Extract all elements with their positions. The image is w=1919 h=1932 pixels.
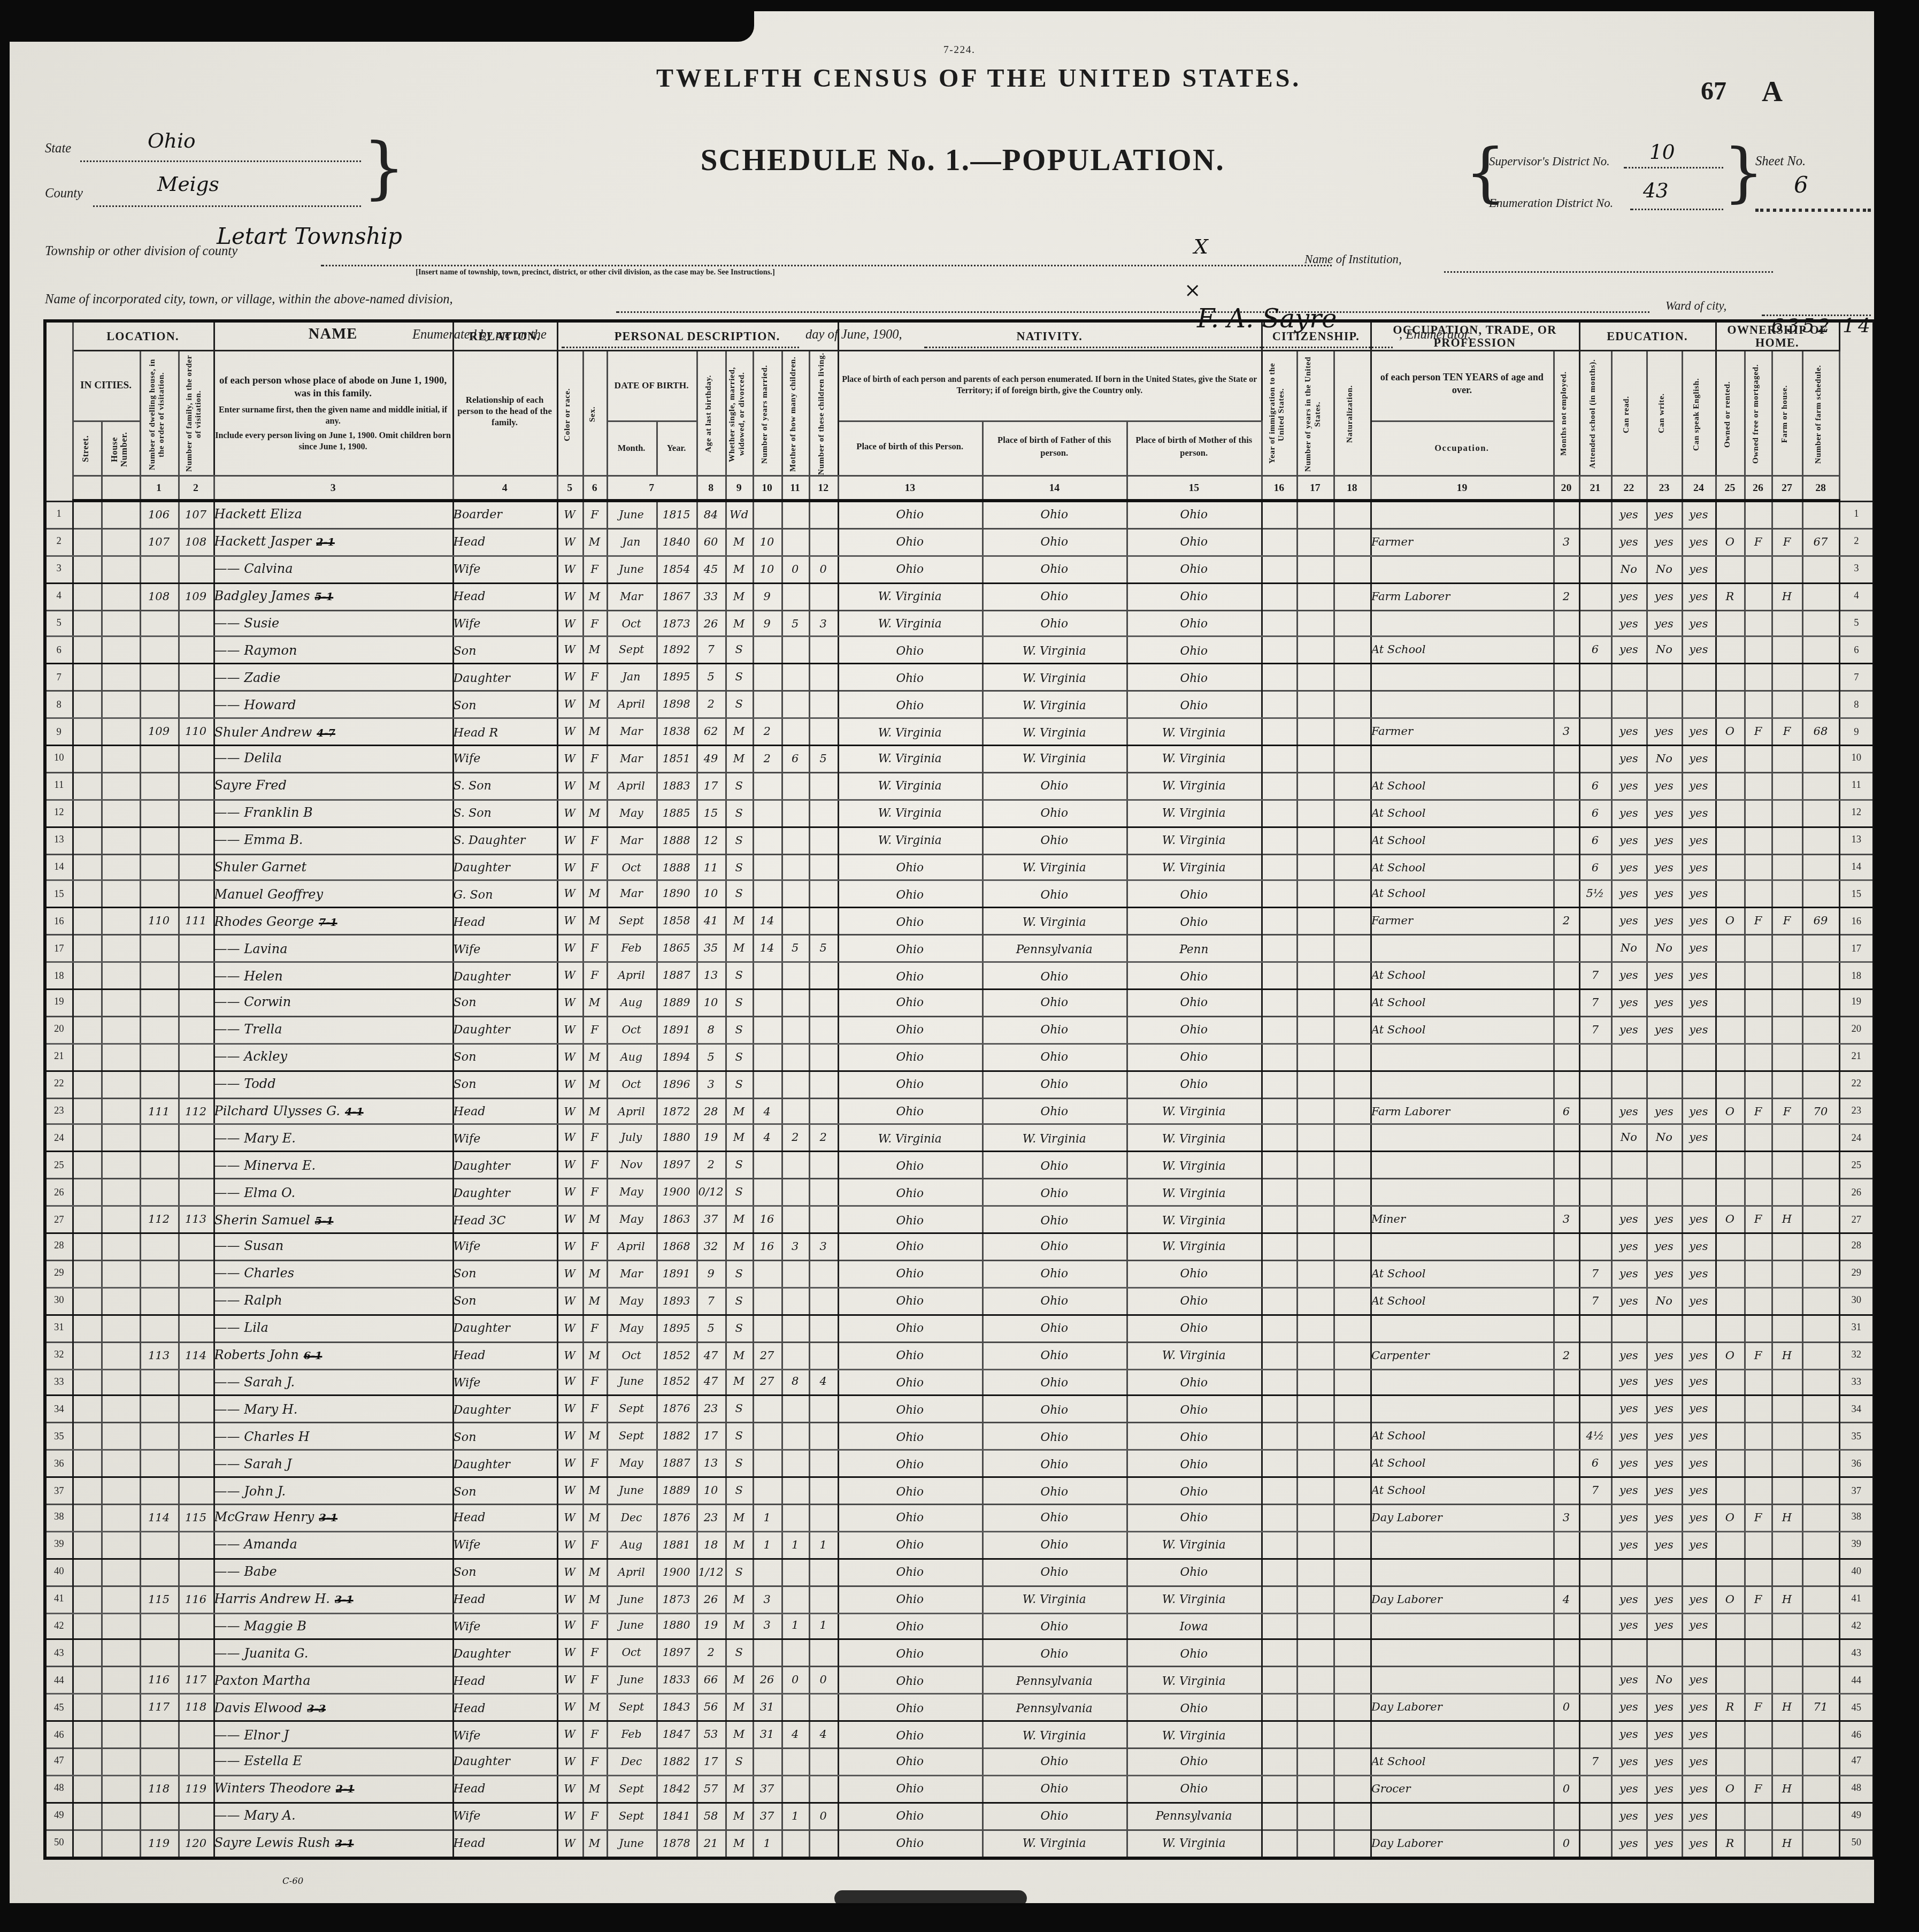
cell-fs bbox=[1802, 556, 1839, 583]
table-row: 32113114Roberts John6-1HeadWMOct185247M2… bbox=[45, 1341, 1875, 1369]
cell-col: W bbox=[557, 1206, 582, 1233]
cell-nt bbox=[1333, 1504, 1370, 1531]
cell-ym: 31 bbox=[753, 1721, 781, 1749]
person-name: Winters Theodore bbox=[214, 1782, 331, 1796]
cell-mo: Sept bbox=[607, 1423, 656, 1450]
cell-st bbox=[72, 1016, 101, 1044]
col-occupation: Occupation. bbox=[1370, 421, 1553, 476]
cell-wr: yes bbox=[1646, 827, 1682, 854]
table-row: 8—— HowardSonWMApril18982SOhioW. Virgini… bbox=[45, 691, 1875, 718]
cell-age: 21 bbox=[696, 1829, 725, 1857]
table-row: 20—— TrellaDaughterWFOct18918SOhioOhioOh… bbox=[45, 1016, 1875, 1044]
cell-sex: F bbox=[582, 664, 607, 692]
cell-hs bbox=[101, 1694, 140, 1721]
cell-en: yes bbox=[1682, 1613, 1715, 1640]
cell-rel: Daughter bbox=[452, 854, 557, 881]
cell-col: W bbox=[557, 1315, 582, 1342]
cell-im bbox=[1261, 1504, 1296, 1531]
census-table: LOCATION. NAME RELATION. PERSONAL DESCRI… bbox=[43, 319, 1876, 1859]
cell-mc bbox=[781, 1152, 809, 1179]
cell-wr: yes bbox=[1646, 1477, 1682, 1505]
institution-value: X bbox=[1194, 234, 1208, 258]
cell-rel: Head bbox=[452, 583, 557, 610]
cell-fm: F bbox=[1744, 1504, 1771, 1531]
row-number-left: 9 bbox=[45, 718, 72, 746]
cell-pb: Ohio bbox=[838, 1803, 982, 1830]
col-family-number: Number of family, in the order of visita… bbox=[178, 351, 213, 476]
cell-wr: yes bbox=[1646, 610, 1682, 637]
cell-st bbox=[72, 1667, 101, 1694]
cell-pb: Ohio bbox=[838, 1694, 982, 1721]
cell-col: W bbox=[557, 990, 582, 1017]
column-number: 28 bbox=[1802, 476, 1839, 501]
table-row: 7—— ZadieDaughterWFJan18955SOhioW. Virgi… bbox=[45, 664, 1875, 692]
row-number-left: 5 bbox=[45, 610, 72, 637]
cell-yu bbox=[1296, 962, 1333, 990]
cell-nt bbox=[1333, 881, 1370, 908]
cell-pf: W. Virginia bbox=[982, 1125, 1126, 1152]
cell-dw bbox=[140, 772, 178, 800]
cell-own bbox=[1715, 881, 1744, 908]
cell-rel: Wife bbox=[452, 1531, 557, 1559]
cell-mc bbox=[781, 1071, 809, 1098]
cell-sch bbox=[1579, 556, 1611, 583]
person-name: —— Minerva E. bbox=[214, 1158, 316, 1172]
cell-sch bbox=[1579, 1640, 1611, 1667]
cell-hs bbox=[101, 1044, 140, 1071]
cell-age: 10 bbox=[696, 881, 725, 908]
cell-age: 0/12 bbox=[696, 1179, 725, 1206]
cell-fam bbox=[178, 691, 213, 718]
cell-yu bbox=[1296, 1098, 1333, 1125]
cell-pf: Pennsylvania bbox=[982, 935, 1126, 962]
cell-pm: W. Virginia bbox=[1126, 1206, 1261, 1233]
cell-sex: F bbox=[582, 746, 607, 773]
cell-yu bbox=[1296, 1315, 1333, 1342]
cell-yr: 1876 bbox=[656, 1504, 696, 1531]
cell-sch: 4½ bbox=[1579, 1423, 1611, 1450]
cell-mar: M bbox=[725, 1667, 753, 1694]
cell-mc bbox=[781, 908, 809, 936]
cell-rd: yes bbox=[1611, 990, 1646, 1017]
cell-cl: 5 bbox=[809, 935, 838, 962]
cell-ym: 37 bbox=[753, 1803, 781, 1830]
cell-pf: Ohio bbox=[982, 610, 1126, 637]
cell-mc bbox=[781, 990, 809, 1017]
cell-fm bbox=[1744, 1423, 1771, 1450]
cell-fam bbox=[178, 1233, 213, 1261]
cell-rel: Daughter bbox=[452, 1152, 557, 1179]
table-row: 33—— Sarah J.WifeWFJune185247M2784OhioOh… bbox=[45, 1369, 1875, 1396]
cell-mu bbox=[1553, 1260, 1579, 1287]
cell-mu bbox=[1553, 1071, 1579, 1098]
cell-rel: Head bbox=[452, 1585, 557, 1613]
cell-age: 23 bbox=[696, 1504, 725, 1531]
cell-age: 2 bbox=[696, 1640, 725, 1667]
cell-own bbox=[1715, 556, 1744, 583]
cell-st bbox=[72, 1233, 101, 1261]
cell-age: 15 bbox=[696, 800, 725, 827]
cell-nt bbox=[1333, 610, 1370, 637]
page-number: 67 bbox=[1701, 79, 1726, 108]
cell-name: —— Todd bbox=[213, 1071, 452, 1098]
column-number: 15 bbox=[1126, 476, 1261, 501]
cell-mu: 4 bbox=[1553, 1585, 1579, 1613]
cell-fm bbox=[1744, 1369, 1771, 1396]
cell-mo: Jan bbox=[607, 528, 656, 556]
col-dwelling-number: Number of dwelling house, in the order o… bbox=[140, 351, 178, 476]
cell-name: —— Elnor J bbox=[213, 1721, 452, 1749]
cell-mc bbox=[781, 1640, 809, 1667]
row-number-left: 35 bbox=[45, 1423, 72, 1450]
cell-mc bbox=[781, 1423, 809, 1450]
cell-age: 66 bbox=[696, 1667, 725, 1694]
cell-st bbox=[72, 637, 101, 664]
cell-st bbox=[72, 1613, 101, 1640]
cell-hs bbox=[101, 800, 140, 827]
cell-wr: yes bbox=[1646, 1748, 1682, 1775]
cell-mu: 2 bbox=[1553, 1341, 1579, 1369]
cell-age: 35 bbox=[696, 935, 725, 962]
cell-occ bbox=[1370, 1721, 1553, 1749]
cell-mo: May bbox=[607, 1206, 656, 1233]
cell-fm bbox=[1744, 556, 1771, 583]
supervisor-label: Supervisor's District No. bbox=[1489, 154, 1610, 168]
cell-name: —— Maggie B bbox=[213, 1613, 452, 1640]
column-number: 20 bbox=[1553, 476, 1579, 501]
cell-nt bbox=[1333, 746, 1370, 773]
cell-own bbox=[1715, 772, 1744, 800]
cell-occ bbox=[1370, 1179, 1553, 1206]
name-desc-1: of each person whose place of abode on J… bbox=[218, 375, 449, 401]
cell-pb: W. Virginia bbox=[838, 827, 982, 854]
cell-name: —— Minerva E. bbox=[213, 1152, 452, 1179]
cell-im bbox=[1261, 990, 1296, 1017]
cell-mc: 3 bbox=[781, 1233, 809, 1261]
cell-fs: 71 bbox=[1802, 1694, 1839, 1721]
cell-pm: W. Virginia bbox=[1126, 827, 1261, 854]
cell-im bbox=[1261, 1098, 1296, 1125]
cell-mu bbox=[1553, 1152, 1579, 1179]
cell-fh bbox=[1771, 1287, 1802, 1315]
cell-name: Badgley James5-1 bbox=[213, 583, 452, 610]
cell-rel: Son bbox=[452, 1260, 557, 1287]
cell-occ: At School bbox=[1370, 637, 1553, 664]
cell-nt bbox=[1333, 664, 1370, 692]
row-number-right: 20 bbox=[1839, 1016, 1875, 1044]
row-number-left: 32 bbox=[45, 1341, 72, 1369]
cell-fs: 69 bbox=[1802, 908, 1839, 936]
cell-ym bbox=[753, 990, 781, 1017]
cell-yr: 1843 bbox=[656, 1694, 696, 1721]
cell-col: W bbox=[557, 1504, 582, 1531]
cell-mc: 1 bbox=[781, 1803, 809, 1830]
row-number-left: 27 bbox=[45, 1206, 72, 1233]
cell-hs bbox=[101, 1206, 140, 1233]
cell-mo: July bbox=[607, 1125, 656, 1152]
cell-fm: F bbox=[1744, 1694, 1771, 1721]
cell-im bbox=[1261, 1206, 1296, 1233]
cell-yr: 1852 bbox=[656, 1369, 696, 1396]
cell-mo: Sept bbox=[607, 908, 656, 936]
cell-hs bbox=[101, 1287, 140, 1315]
group-occupation: OCCUPATION, TRADE, OR PROFESSION bbox=[1370, 321, 1579, 351]
cell-cl bbox=[809, 1016, 838, 1044]
cell-yr: 1880 bbox=[656, 1613, 696, 1640]
cell-sch bbox=[1579, 935, 1611, 962]
cell-en: yes bbox=[1682, 583, 1715, 610]
cell-mar: S bbox=[725, 1071, 753, 1098]
cell-en: yes bbox=[1682, 1206, 1715, 1233]
row-number-right: 8 bbox=[1839, 691, 1875, 718]
cell-rd: yes bbox=[1611, 1721, 1646, 1749]
cell-rel: Wife bbox=[452, 1125, 557, 1152]
cell-pb: Ohio bbox=[838, 854, 982, 881]
cell-mo: April bbox=[607, 1233, 656, 1261]
row-number-left: 23 bbox=[45, 1098, 72, 1125]
row-number-right: 16 bbox=[1839, 908, 1875, 936]
cell-rel: Wife bbox=[452, 556, 557, 583]
row-number-left: 44 bbox=[45, 1667, 72, 1694]
cell-rd: yes bbox=[1611, 501, 1646, 528]
cell-cl bbox=[809, 990, 838, 1017]
cell-im bbox=[1261, 1640, 1296, 1667]
cell-mc bbox=[781, 1694, 809, 1721]
cell-wr: yes bbox=[1646, 501, 1682, 528]
cell-nt bbox=[1333, 1721, 1370, 1749]
cell-col: W bbox=[557, 1775, 582, 1803]
cell-mar: M bbox=[725, 908, 753, 936]
cell-st bbox=[72, 1450, 101, 1477]
cell-mc bbox=[781, 1396, 809, 1423]
cell-yr: 1889 bbox=[656, 1477, 696, 1505]
cell-own bbox=[1715, 827, 1744, 854]
cell-sex: M bbox=[582, 800, 607, 827]
cell-dw bbox=[140, 1477, 178, 1505]
cell-en: yes bbox=[1682, 854, 1715, 881]
cell-st bbox=[72, 1585, 101, 1613]
cell-own: O bbox=[1715, 1341, 1744, 1369]
cell-pm: Ohio bbox=[1126, 1396, 1261, 1423]
column-number: 5 bbox=[557, 476, 582, 501]
cell-occ bbox=[1370, 1531, 1553, 1559]
cell-pm: W. Virginia bbox=[1126, 1829, 1261, 1857]
cell-fs bbox=[1802, 1369, 1839, 1396]
cell-en: yes bbox=[1682, 1396, 1715, 1423]
cell-en: yes bbox=[1682, 990, 1715, 1017]
cell-ym bbox=[753, 501, 781, 528]
cell-pb: Ohio bbox=[838, 1179, 982, 1206]
cell-pf: Ohio bbox=[982, 990, 1126, 1017]
cell-name: —— Charles H bbox=[213, 1423, 452, 1450]
cell-rd: yes bbox=[1611, 718, 1646, 746]
scan-edge-right bbox=[1874, 0, 1919, 1932]
cell-own bbox=[1715, 1423, 1744, 1450]
cell-fs bbox=[1802, 1260, 1839, 1287]
row-number-left: 28 bbox=[45, 1233, 72, 1261]
cell-age: 57 bbox=[696, 1775, 725, 1803]
cell-cl bbox=[809, 1260, 838, 1287]
cell-own bbox=[1715, 1152, 1744, 1179]
cell-fm bbox=[1744, 637, 1771, 664]
cell-nt bbox=[1333, 1016, 1370, 1044]
cell-mar: S bbox=[725, 962, 753, 990]
cell-name: —— Elma O. bbox=[213, 1179, 452, 1206]
cell-occ bbox=[1370, 1315, 1553, 1342]
cell-pf: Ohio bbox=[982, 1315, 1126, 1342]
cell-mar: S bbox=[725, 990, 753, 1017]
cell-pm: Ohio bbox=[1126, 1477, 1261, 1505]
cell-im bbox=[1261, 610, 1296, 637]
cell-fm: F bbox=[1744, 718, 1771, 746]
cell-fs: 67 bbox=[1802, 528, 1839, 556]
cell-cl: 0 bbox=[809, 1803, 838, 1830]
cell-pf: Ohio bbox=[982, 827, 1126, 854]
cell-yr: 1873 bbox=[656, 1585, 696, 1613]
cell-cl bbox=[809, 1477, 838, 1505]
cell-hs bbox=[101, 610, 140, 637]
cell-mar: M bbox=[725, 528, 753, 556]
table-row: 5—— SusieWifeWFOct187326M953W. VirginiaO… bbox=[45, 610, 1875, 637]
cell-mo: April bbox=[607, 691, 656, 718]
cell-pb: Ohio bbox=[838, 501, 982, 528]
cell-dw bbox=[140, 556, 178, 583]
cell-mu bbox=[1553, 1125, 1579, 1152]
cell-fs bbox=[1802, 1748, 1839, 1775]
row-number-left: 8 bbox=[45, 691, 72, 718]
cell-yu bbox=[1296, 1044, 1333, 1071]
cell-mo: Oct bbox=[607, 1071, 656, 1098]
cell-im bbox=[1261, 1775, 1296, 1803]
cell-fs bbox=[1802, 1775, 1839, 1803]
cell-name: —— Estella E bbox=[213, 1748, 452, 1775]
cell-own: R bbox=[1715, 1694, 1744, 1721]
census-table-body: 1106107Hackett ElizaBoarderWFJune181584W… bbox=[45, 501, 1875, 1858]
cell-fh: F bbox=[1771, 1098, 1802, 1125]
cell-sex: F bbox=[582, 1748, 607, 1775]
table-row: 4108109Badgley James5-1HeadWMMar186733M9… bbox=[45, 583, 1875, 610]
row-number-right: 34 bbox=[1839, 1396, 1875, 1423]
cell-wr bbox=[1646, 1152, 1682, 1179]
cell-st bbox=[72, 1098, 101, 1125]
cell-wr: No bbox=[1646, 637, 1682, 664]
cell-dw bbox=[140, 1450, 178, 1477]
cell-hs bbox=[101, 637, 140, 664]
cell-name: Sayre Fred bbox=[213, 772, 452, 800]
cell-mc bbox=[781, 1450, 809, 1477]
cell-mc bbox=[781, 664, 809, 692]
cell-fm bbox=[1744, 1396, 1771, 1423]
cell-rd: yes bbox=[1611, 1613, 1646, 1640]
cell-pb: Ohio bbox=[838, 1585, 982, 1613]
column-number: 16 bbox=[1261, 476, 1296, 501]
cell-mo: Sept bbox=[607, 1396, 656, 1423]
cell-pf: W. Virginia bbox=[982, 1585, 1126, 1613]
cell-pm: W. Virginia bbox=[1126, 1152, 1261, 1179]
cell-dw bbox=[140, 1260, 178, 1287]
cell-rd: yes bbox=[1611, 854, 1646, 881]
cell-yr: 1892 bbox=[656, 637, 696, 664]
cell-fm: F bbox=[1744, 1775, 1771, 1803]
cell-ym bbox=[753, 1260, 781, 1287]
clerk-annotation: 3-1 bbox=[335, 1593, 354, 1606]
cell-fam bbox=[178, 1613, 213, 1640]
cell-pf: W. Virginia bbox=[982, 664, 1126, 692]
cell-fm bbox=[1744, 990, 1771, 1017]
cell-age: 49 bbox=[696, 746, 725, 773]
cell-pm: Ohio bbox=[1126, 1504, 1261, 1531]
cell-nt bbox=[1333, 501, 1370, 528]
cell-age: 10 bbox=[696, 990, 725, 1017]
cell-yr: 1893 bbox=[656, 1287, 696, 1315]
cell-sex: M bbox=[582, 1423, 607, 1450]
cell-hs bbox=[101, 1152, 140, 1179]
table-row: 29—— CharlesSonWMMar18919SOhioOhioOhioAt… bbox=[45, 1260, 1875, 1287]
cell-yr: 1833 bbox=[656, 1667, 696, 1694]
row-number-left: 6 bbox=[45, 637, 72, 664]
cell-st bbox=[72, 908, 101, 936]
row-number-left: 19 bbox=[45, 990, 72, 1017]
row-number-right: 1 bbox=[1839, 501, 1875, 528]
table-row: 26—— Elma O.DaughterWFMay19000/12SOhioOh… bbox=[45, 1179, 1875, 1206]
cell-yr: 1895 bbox=[656, 1315, 696, 1342]
cell-yr: 1840 bbox=[656, 528, 696, 556]
cell-mo: May bbox=[607, 1315, 656, 1342]
cell-im bbox=[1261, 1748, 1296, 1775]
cell-fam bbox=[178, 1559, 213, 1586]
person-name: —— Mary H. bbox=[214, 1402, 298, 1416]
row-number-right: 42 bbox=[1839, 1613, 1875, 1640]
cell-rel: Son bbox=[452, 990, 557, 1017]
cell-col: W bbox=[557, 908, 582, 936]
cell-pb: Ohio bbox=[838, 1315, 982, 1342]
cell-nt bbox=[1333, 772, 1370, 800]
cell-mar: S bbox=[725, 1260, 753, 1287]
cell-own: O bbox=[1715, 1775, 1744, 1803]
row-number-left: 24 bbox=[45, 1125, 72, 1152]
cell-sex: F bbox=[582, 1721, 607, 1749]
col-owned-rented: Owned or rented. bbox=[1715, 351, 1744, 476]
cell-col: W bbox=[557, 1640, 582, 1667]
column-number: 22 bbox=[1611, 476, 1646, 501]
cell-im bbox=[1261, 1829, 1296, 1857]
cell-mu bbox=[1553, 637, 1579, 664]
cell-rd bbox=[1611, 664, 1646, 692]
cell-im bbox=[1261, 637, 1296, 664]
cell-own bbox=[1715, 1748, 1744, 1775]
cell-dw bbox=[140, 935, 178, 962]
cell-im bbox=[1261, 746, 1296, 773]
cell-yr: 1867 bbox=[656, 583, 696, 610]
cell-col: W bbox=[557, 1803, 582, 1830]
cell-pf: Ohio bbox=[982, 1775, 1126, 1803]
person-name: —— Zadie bbox=[214, 670, 281, 685]
group-ownership: OWNERSHIP OF HOME. bbox=[1715, 321, 1839, 351]
cell-fh bbox=[1771, 637, 1802, 664]
col-birth-month: Month. bbox=[607, 421, 656, 476]
table-row: 3—— CalvinaWifeWFJune185445M1000OhioOhio… bbox=[45, 556, 1875, 583]
col-date-of-birth: DATE OF BIRTH. bbox=[607, 351, 696, 421]
cell-en: yes bbox=[1682, 1233, 1715, 1261]
cell-cl bbox=[809, 528, 838, 556]
cell-age: 5 bbox=[696, 664, 725, 692]
cell-fam: 112 bbox=[178, 1098, 213, 1125]
cell-col: W bbox=[557, 1613, 582, 1640]
cell-im bbox=[1261, 935, 1296, 962]
cell-ym bbox=[753, 827, 781, 854]
cell-rel: Boarder bbox=[452, 501, 557, 528]
cell-yu bbox=[1296, 1559, 1333, 1586]
